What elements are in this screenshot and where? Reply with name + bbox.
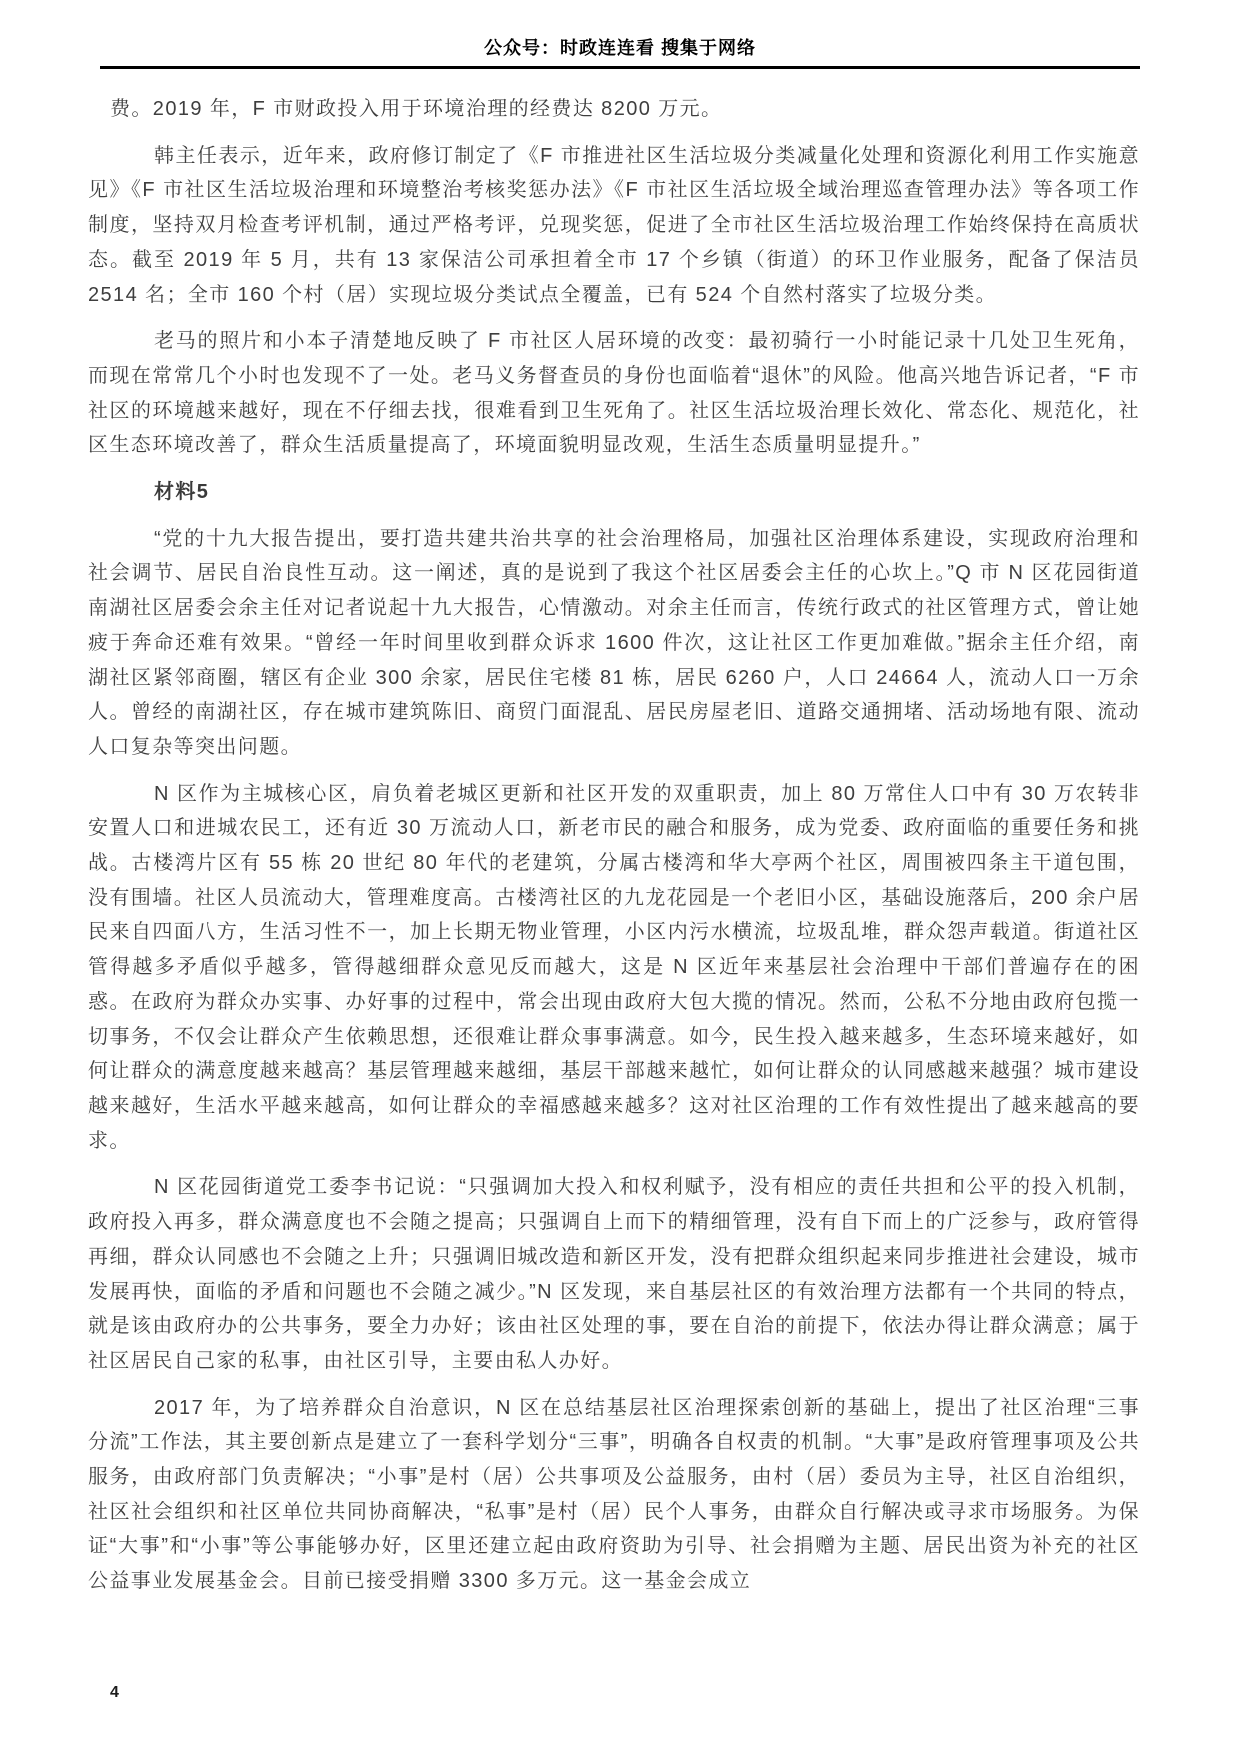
paragraph: 韩主任表示，近年来，政府修订制定了《F 市推进社区生活垃圾分类减量化处理和资源化… [88, 139, 1140, 313]
paragraph: N 区作为主城核心区，肩负着老城区更新和社区开发的双重职责，加上 80 万常住人… [88, 777, 1140, 1159]
paragraph: “党的十九大报告提出，要打造共建共治共享的社会治理格局，加强社区治理体系建设，实… [88, 522, 1140, 765]
section-heading-material-5: 材料5 [88, 475, 1140, 510]
paragraph: N 区花园街道党工委李书记说：“只强调加大投入和权利赋予，没有相应的责任共担和公… [88, 1170, 1140, 1378]
document-page: 公众号：时政连连看 搜集于网络 费。2019 年，F 市财政投入用于环境治理的经… [0, 0, 1240, 1754]
paragraph: 老马的照片和小本子清楚地反映了 F 市社区人居环境的改变：最初骑行一小时能记录十… [88, 324, 1140, 463]
page-number: 4 [110, 1684, 119, 1702]
paragraph: 2017 年，为了培养群众自治意识，N 区在总结基层社区治理探索创新的基础上，提… [88, 1391, 1140, 1599]
paragraph-continuation: 费。2019 年，F 市财政投入用于环境治理的经费达 8200 万元。 [88, 92, 1140, 127]
header-title: 公众号：时政连连看 搜集于网络 [100, 34, 1140, 60]
page-header: 公众号：时政连连看 搜集于网络 [100, 34, 1140, 69]
document-body: 费。2019 年，F 市财政投入用于环境治理的经费达 8200 万元。 韩主任表… [88, 92, 1140, 1611]
